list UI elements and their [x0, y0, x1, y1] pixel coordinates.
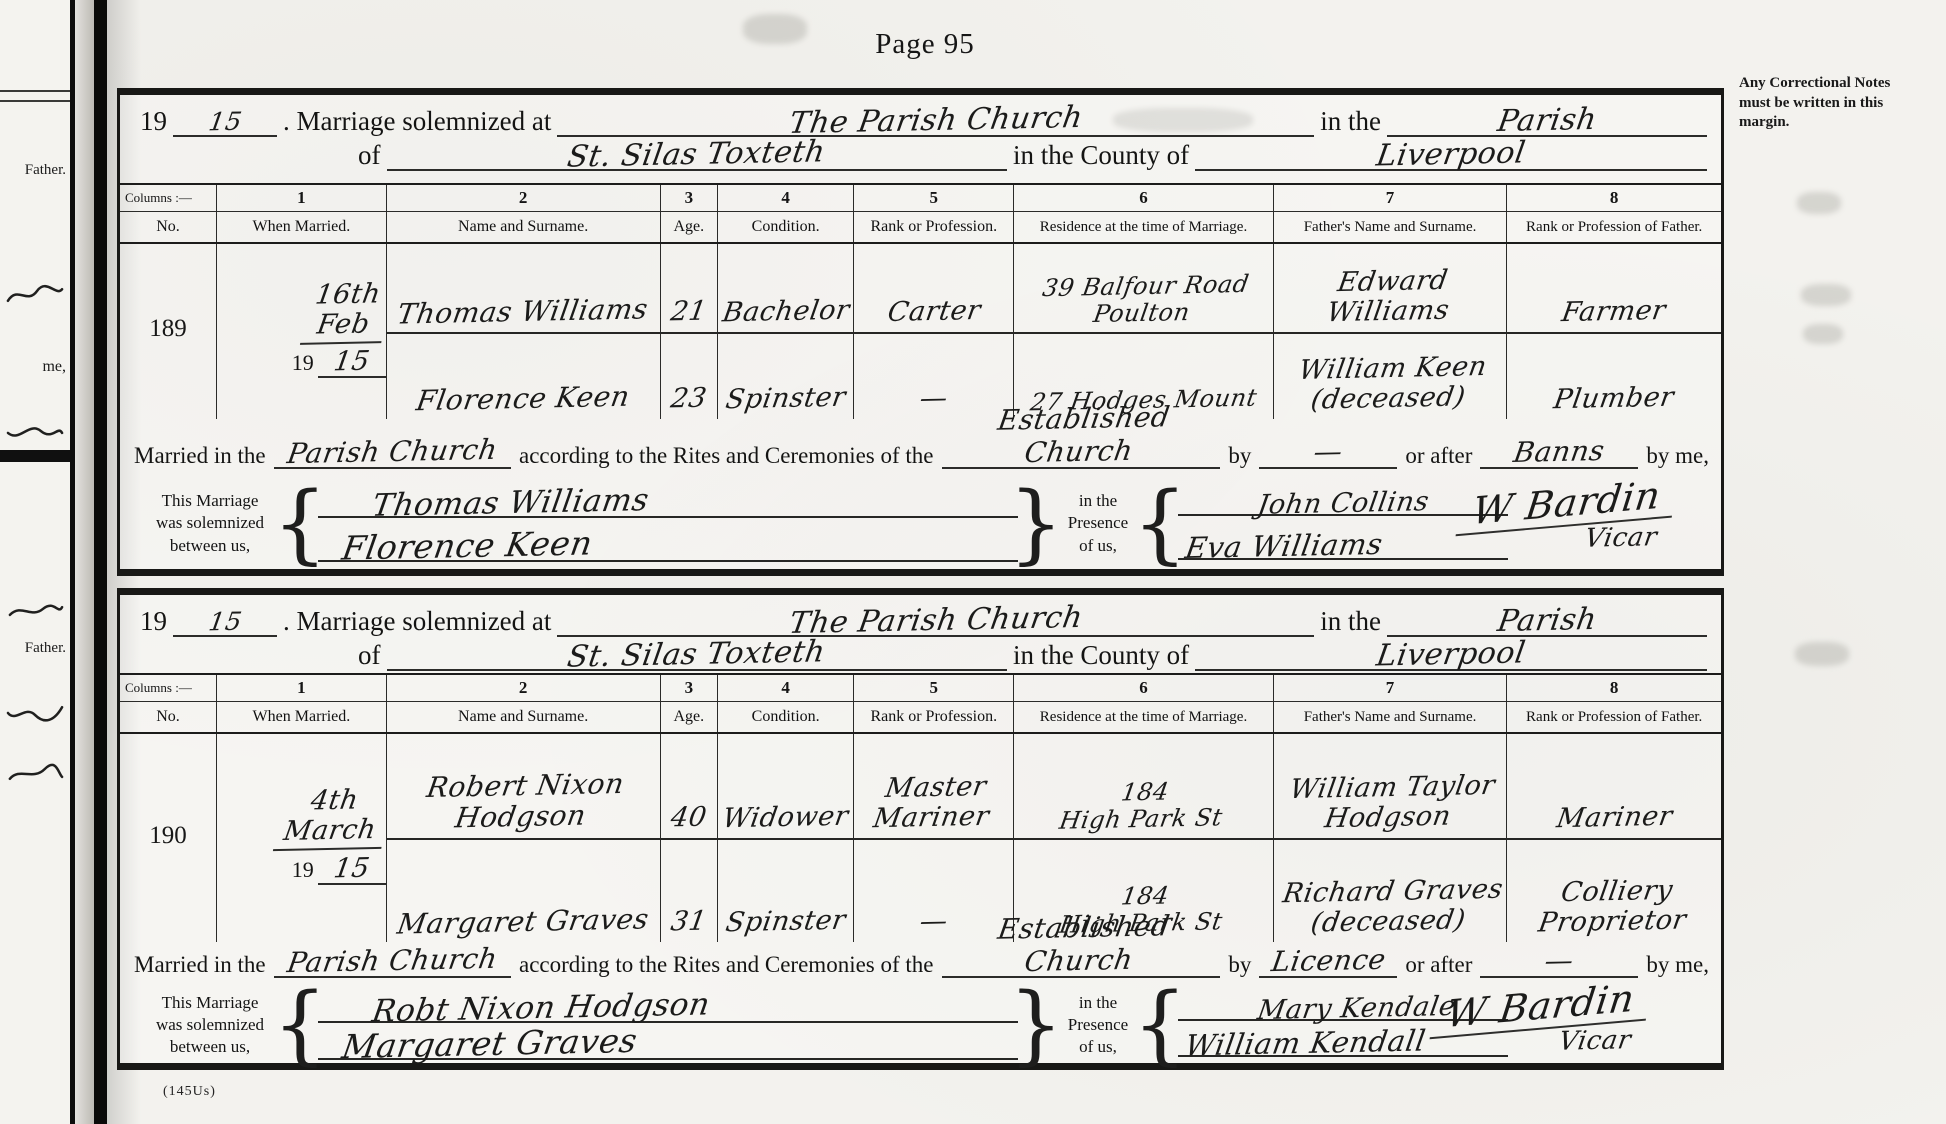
- by-label: by: [1228, 952, 1251, 978]
- married-in-church-handwritten: Parish Church: [285, 433, 500, 470]
- bride-father-profession: Colliery Proprietor: [1536, 875, 1693, 939]
- groom-name: Robert Nixon Hodgson: [420, 768, 627, 835]
- edge-rule-bar: [0, 450, 70, 462]
- officiant-signature: W Bardin Vicar: [1421, 481, 1711, 553]
- solemnized-at-label: . Marriage solemnized at: [283, 606, 551, 637]
- groom-condition: Widower: [721, 801, 851, 834]
- column-header: Name and Surname.: [386, 702, 660, 732]
- groom-age-cell: 40: [660, 734, 718, 840]
- county-label: in the County of: [1013, 640, 1189, 671]
- bride-name-cell: Florence Keen: [386, 334, 660, 419]
- handwriting-fragment: [6, 282, 64, 308]
- presence-label: in the Presence of us,: [1050, 992, 1146, 1058]
- groom-residence: 184 High Park St: [1058, 778, 1229, 835]
- groom-name-cell: Robert Nixon Hodgson: [386, 734, 660, 840]
- rites-church-handwritten: Established Church: [946, 399, 1216, 470]
- handwriting-fragment: [6, 418, 64, 444]
- groom-profession-cell: Master Mariner: [853, 734, 1013, 840]
- couple-signatures: Robt Nixon Hodgson Margaret Graves: [314, 990, 1022, 1060]
- married-in-line: Married in the Parish Church according t…: [120, 942, 1721, 988]
- year-handwritten: 15: [206, 107, 243, 137]
- ruled-line: [0, 100, 70, 102]
- column-numbers-row: Columns :— 1 2 3 4 5 6 7 8: [120, 183, 1721, 212]
- entry-number: 189: [120, 244, 216, 419]
- handwriting-fragment: [6, 700, 64, 726]
- handwriting-fragment: [6, 598, 64, 624]
- column-number: 4: [717, 185, 853, 211]
- groom-father-profession-cell: Mariner: [1506, 734, 1721, 840]
- rites-label: according to the Rites and Ceremonies of…: [519, 443, 934, 469]
- groom-age: 40: [669, 802, 709, 833]
- column-header: Name and Surname.: [386, 212, 660, 242]
- by-handwritten: —: [1311, 435, 1345, 469]
- groom-age: 21: [669, 296, 709, 327]
- district-handwritten: Parish: [1495, 102, 1599, 139]
- officiant-title: Vicar: [1502, 1024, 1687, 1058]
- presence-label: in the Presence of us,: [1050, 490, 1146, 556]
- bride-condition-cell: Spinster: [717, 840, 853, 942]
- date-year-printed: 19: [292, 350, 314, 376]
- of-label: of: [358, 140, 381, 171]
- bleed-through-mark: [1801, 284, 1851, 306]
- groom-age-cell: 21: [660, 244, 718, 334]
- county-label: in the County of: [1013, 140, 1189, 171]
- groom-father-profession: Farmer: [1560, 296, 1668, 328]
- bride-signature: Margaret Graves: [339, 1021, 640, 1066]
- officiant-signature: W Bardin Vicar: [1395, 984, 1685, 1056]
- bride-profession: —: [918, 383, 950, 414]
- witness-signature: John Collins: [1255, 486, 1431, 521]
- church-handwritten: The Parish Church: [787, 600, 1086, 641]
- column-header: Rank or Profession.: [853, 212, 1013, 242]
- bride-name: Florence Keen: [414, 380, 632, 416]
- solemnized-between-label: This Marriage was solemnized between us,: [134, 990, 286, 1060]
- marriage-record-189: 19 15 . Marriage solemnized at The Paris…: [117, 88, 1724, 576]
- bride-age: 31: [669, 906, 709, 937]
- bride-profession: —: [918, 906, 950, 937]
- column-header: Father's Name and Surname.: [1273, 702, 1507, 732]
- or-after-label: or after: [1405, 443, 1472, 469]
- solemnized-between-label: This Marriage was solemnized between us,: [134, 481, 286, 566]
- brace: [286, 990, 314, 1060]
- column-header: Condition.: [717, 702, 853, 732]
- column-header: Rank or Profession.: [853, 702, 1013, 732]
- columns-label: Columns :—: [120, 675, 216, 701]
- bleed-through-mark: [743, 14, 807, 44]
- bride-father-cell: Richard Graves (deceased): [1273, 840, 1507, 942]
- brace: [1022, 990, 1050, 1060]
- column-number: 3: [660, 675, 718, 701]
- groom-father-cell: Edward Williams: [1273, 244, 1507, 334]
- year-printed: 19: [140, 106, 167, 137]
- in-the-label: in the: [1320, 106, 1381, 137]
- column-number: 4: [717, 675, 853, 701]
- year-printed: 19: [140, 606, 167, 637]
- groom-condition-cell: Widower: [717, 734, 853, 840]
- bride-signature-line: Florence Keen: [318, 526, 1018, 562]
- parish-handwritten: St. Silas Toxteth: [565, 634, 828, 674]
- column-number: 1: [216, 675, 386, 701]
- when-married-cell: 4th March 1915: [216, 734, 386, 942]
- column-number: 3: [660, 185, 718, 211]
- bride-father: Richard Graves (deceased): [1275, 874, 1504, 939]
- rites-church-handwritten: Established Church: [946, 908, 1216, 979]
- by-me-label: by me,: [1646, 952, 1709, 978]
- bride-father: William Keen (deceased): [1292, 352, 1489, 416]
- groom-father-profession-cell: Farmer: [1506, 244, 1721, 334]
- or-after-label: or after: [1405, 952, 1472, 978]
- bride-father-profession-cell: Colliery Proprietor: [1506, 840, 1721, 942]
- groom-name-cell: Thomas Williams: [386, 244, 660, 334]
- brace: [1146, 990, 1174, 1060]
- marriage-date-handwritten: 4th March: [273, 785, 391, 852]
- date-year-handwritten: 15: [332, 347, 372, 378]
- edge-text-fragment: Father.: [25, 640, 66, 657]
- column-header: When Married.: [216, 702, 386, 732]
- when-married-cell: 16th Feb 1915: [216, 244, 386, 419]
- bride-condition: Spinster: [723, 906, 848, 939]
- marriage-date-handwritten: 16th Feb: [300, 279, 391, 345]
- groom-residence: 39 Balfour Road Poulton: [1036, 271, 1250, 329]
- by-me-label: by me,: [1646, 443, 1709, 469]
- book-spine-line: [94, 0, 107, 1124]
- rites-label: according to the Rites and Ceremonies of…: [519, 952, 934, 978]
- record-data-grid: 189 16th Feb 1915 Thomas Williams 21 Bac…: [120, 244, 1721, 419]
- column-header: Residence at the time of Marriage.: [1013, 212, 1272, 242]
- parish-handwritten: St. Silas Toxteth: [565, 134, 828, 174]
- record-data-grid: 190 4th March 1915 Robert Nixon Hodgson …: [120, 734, 1721, 942]
- bleed-through-mark: [1803, 324, 1843, 344]
- bride-name-cell: Margaret Graves: [386, 840, 660, 942]
- column-number: 7: [1273, 185, 1507, 211]
- bride-age: 23: [669, 383, 709, 414]
- column-number: 6: [1013, 675, 1272, 701]
- solemnized-at-label: . Marriage solemnized at: [283, 106, 551, 137]
- column-header: No.: [120, 702, 216, 732]
- facing-page-edge: Father. me, Father.: [0, 0, 70, 1124]
- scanned-marriage-register-page: Father. me, Father. Page 95 Any Correcti…: [0, 0, 1946, 1124]
- column-header: Condition.: [717, 212, 853, 242]
- groom-profession-cell: Carter: [853, 244, 1013, 334]
- groom-signature-line: Thomas Williams: [318, 485, 1018, 518]
- column-header: Father's Name and Surname.: [1273, 212, 1507, 242]
- groom-father-cell: William Taylor Hodgson: [1273, 734, 1507, 840]
- groom-father-profession: Mariner: [1554, 802, 1674, 835]
- column-header: Rank or Profession of Father.: [1506, 702, 1721, 732]
- column-number: 2: [386, 185, 660, 211]
- married-in-line: Married in the Parish Church according t…: [120, 419, 1721, 479]
- brace: [286, 481, 314, 566]
- groom-signature: Thomas Williams: [370, 482, 652, 524]
- form-plate-code: (145Us): [163, 1084, 216, 1100]
- bride-father-cell: William Keen (deceased): [1273, 334, 1507, 419]
- of-label: of: [358, 640, 381, 671]
- column-header: Rank or Profession of Father.: [1506, 212, 1721, 242]
- edge-text-fragment: me,: [42, 358, 66, 376]
- bleed-through-mark: [1795, 642, 1849, 666]
- witness-signature: Eva Williams: [1183, 526, 1385, 564]
- groom-condition-cell: Bachelor: [717, 244, 853, 334]
- county-handwritten: Liverpool: [1374, 635, 1528, 673]
- column-header: Residence at the time of Marriage.: [1013, 702, 1272, 732]
- column-headers-row: No. When Married. Name and Surname. Age.…: [120, 702, 1721, 734]
- bride-age-cell: 23: [660, 334, 718, 419]
- or-after-handwritten: —: [1543, 944, 1577, 978]
- bleed-through-mark: [1797, 192, 1841, 214]
- book-spine-gap: [75, 0, 94, 1124]
- column-number: 5: [853, 675, 1013, 701]
- groom-condition: Bachelor: [720, 295, 851, 328]
- column-number: 2: [386, 675, 660, 701]
- bride-age-cell: 31: [660, 840, 718, 942]
- officiant-title: Vicar: [1528, 521, 1713, 555]
- in-the-label: in the: [1320, 606, 1381, 637]
- bride-condition-cell: Spinster: [717, 334, 853, 419]
- groom-residence-cell: 39 Balfour Road Poulton: [1013, 244, 1272, 334]
- column-numbers-row: Columns :— 1 2 3 4 5 6 7 8: [120, 673, 1721, 702]
- signature-band: This Marriage was solemnized between us,…: [120, 479, 1721, 574]
- by-handwritten: Licence: [1269, 943, 1388, 978]
- column-header: Age.: [660, 702, 718, 732]
- record-header: 19 15 . Marriage solemnized at The Paris…: [120, 95, 1721, 183]
- column-header: When Married.: [216, 212, 386, 242]
- column-header: Age.: [660, 212, 718, 242]
- register-page: Page 95 Any Correctional Notes must be w…: [107, 0, 1946, 1124]
- or-after-handwritten: Banns: [1512, 434, 1608, 469]
- district-handwritten: Parish: [1495, 602, 1599, 639]
- record-header: 19 15 . Marriage solemnized at The Paris…: [120, 595, 1721, 673]
- married-in-label: Married in the: [134, 952, 266, 978]
- columns-label: Columns :—: [120, 185, 216, 211]
- married-in-church-handwritten: Parish Church: [285, 942, 500, 979]
- by-label: by: [1228, 443, 1251, 469]
- groom-father: Edward Williams: [1269, 264, 1512, 329]
- column-number: 6: [1013, 185, 1272, 211]
- groom-profession: Carter: [885, 296, 982, 328]
- column-number: 7: [1273, 675, 1507, 701]
- brace: [1146, 481, 1174, 566]
- groom-signature-line: Robt Nixon Hodgson: [318, 990, 1018, 1023]
- column-header: No.: [120, 212, 216, 242]
- page-number: Page 95: [850, 28, 1000, 61]
- brace: [1022, 481, 1050, 566]
- bride-name: Margaret Graves: [395, 903, 651, 940]
- signature-band: This Marriage was solemnized between us,…: [120, 988, 1721, 1068]
- column-number: 8: [1506, 185, 1721, 211]
- column-number: 1: [216, 185, 386, 211]
- column-headers-row: No. When Married. Name and Surname. Age.…: [120, 212, 1721, 244]
- bride-father-profession: Plumber: [1552, 383, 1677, 416]
- column-number: 5: [853, 185, 1013, 211]
- date-year-handwritten: 15: [332, 853, 372, 884]
- groom-name: Thomas Williams: [396, 293, 651, 330]
- date-year-printed: 19: [292, 857, 314, 883]
- correctional-notes-margin-note: Any Correctional Notes must be written i…: [1739, 74, 1907, 133]
- column-number: 8: [1506, 675, 1721, 701]
- entry-number: 190: [120, 734, 216, 942]
- married-in-label: Married in the: [134, 443, 266, 469]
- bride-condition: Spinster: [723, 383, 848, 416]
- year-handwritten: 15: [206, 607, 243, 637]
- witness-signature: William Kendall: [1183, 1024, 1428, 1063]
- church-handwritten: The Parish Church: [787, 100, 1086, 141]
- groom-residence-cell: 184 High Park St: [1013, 734, 1272, 840]
- bride-signature: Florence Keen: [340, 523, 596, 567]
- marriage-record-190: 19 15 . Marriage solemnized at The Paris…: [117, 588, 1724, 1070]
- bride-signature-line: Margaret Graves: [318, 1024, 1018, 1060]
- handwriting-fragment: [6, 760, 64, 786]
- couple-signatures: Thomas Williams Florence Keen: [314, 481, 1022, 566]
- ruled-line: [0, 90, 70, 92]
- bride-father-profession-cell: Plumber: [1506, 334, 1721, 419]
- county-handwritten: Liverpool: [1374, 135, 1528, 173]
- groom-father: William Taylor Hodgson: [1283, 770, 1497, 835]
- groom-profession: Master Mariner: [871, 771, 996, 834]
- edge-text-fragment: Father.: [25, 162, 66, 179]
